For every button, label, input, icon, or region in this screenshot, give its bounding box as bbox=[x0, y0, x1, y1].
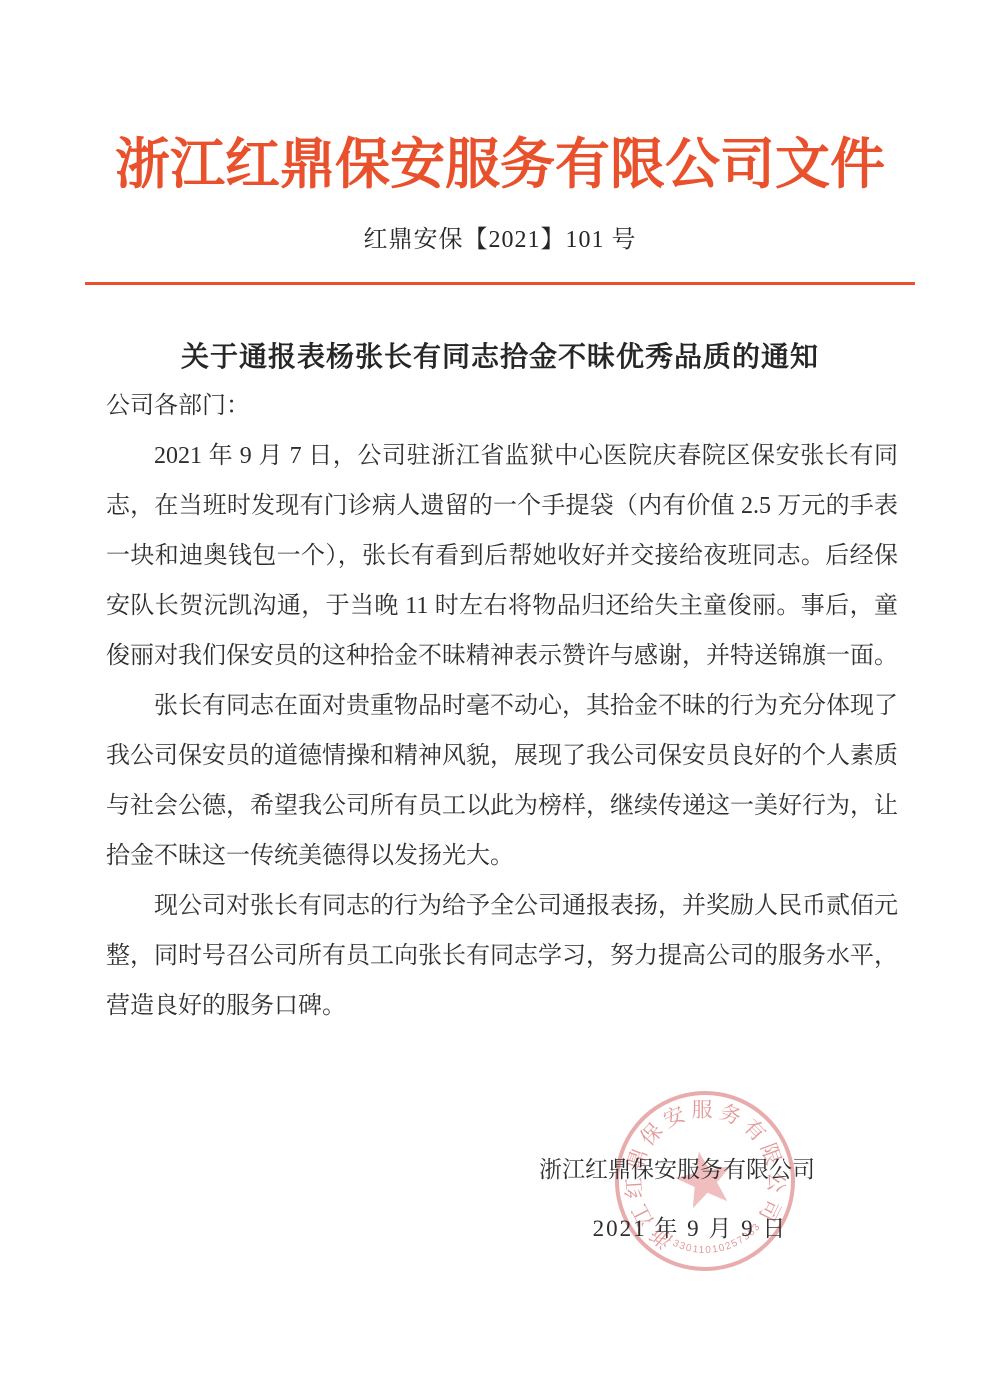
letterhead-org-title: 浙江红鼎保安服务有限公司文件 bbox=[0, 120, 1000, 199]
document-page: 浙江红鼎保安服务有限公司文件 红鼎安保【2021】101 号 关于通报表杨张长有… bbox=[0, 0, 1000, 1375]
signature-company-name: 浙江红鼎保安服务有限公司 bbox=[527, 1151, 827, 1184]
signature-block: 浙江红鼎保安服务有限公司 2021 年 9 月 9 日 bbox=[527, 1151, 827, 1243]
notice-body: 公司各部门： 2021 年 9 月 7 日，公司驻浙江省监狱中心医院庆春院区保安… bbox=[106, 381, 898, 1031]
body-paragraph-3: 现公司对张长有同志的行为给予全公司通报表扬，并奖励人民币贰佰元整，同时号召公司所… bbox=[106, 881, 898, 1031]
notice-title: 关于通报表杨张长有同志拾金不昧优秀品质的通知 bbox=[0, 335, 1000, 375]
signature-date: 2021 年 9 月 9 日 bbox=[527, 1210, 827, 1243]
body-paragraph-1: 2021 年 9 月 7 日，公司驻浙江省监狱中心医院庆春院区保安张长有同志，在… bbox=[106, 431, 898, 681]
doc-reference-number: 红鼎安保【2021】101 号 bbox=[0, 219, 1000, 254]
body-paragraph-2: 张长有同志在面对贵重物品时毫不动心，其拾金不昧的行为充分体现了我公司保安员的道德… bbox=[106, 681, 898, 881]
salutation: 公司各部门： bbox=[106, 381, 898, 431]
letterhead-divider bbox=[85, 282, 915, 285]
